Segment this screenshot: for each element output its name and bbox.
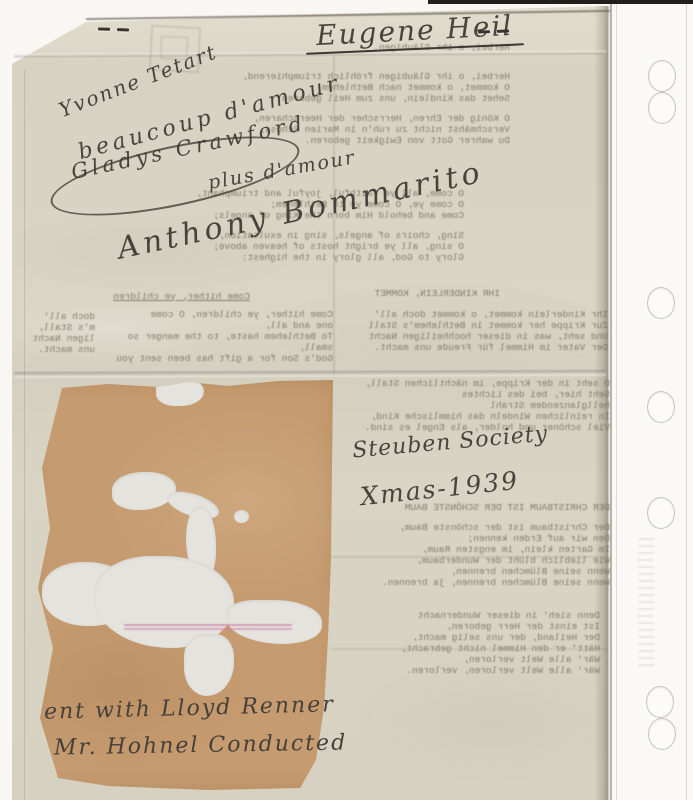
scanned-document-photo: Herbei, o ihr Gläubigen. Herbei, o ihr G… [0, 0, 693, 800]
typed-line: Ist einst der Herr geboren, [350, 621, 600, 632]
pink-pencil-marks [124, 624, 292, 632]
typed-line: uns macht. [33, 344, 95, 355]
typed-line: Wenn seine Blümchen brennen, [338, 566, 610, 577]
scan-edge-shadow [428, 0, 693, 4]
paper-right-edge-line [610, 0, 612, 800]
punch-hole [647, 391, 675, 423]
typed-verse-kinderlein-de: Ihr Kinderlein kommet, o kommet doch all… [340, 309, 608, 353]
punch-hole [647, 497, 675, 529]
torn-patch [112, 472, 176, 510]
typed-line: Wenn seine Blümchen brennen, ja brennen. [338, 577, 610, 588]
typed-line: Und seht, was in dieser hochheiligen Nac… [340, 331, 608, 342]
typed-line: Come hither, ye children [95, 291, 250, 302]
typed-line: Zur Krippe her kommet in Bethlehem's Sta… [340, 320, 608, 331]
paper-right-edge-line-2 [616, 0, 617, 800]
typed-verse-christbaum-2: Denn sieh' in dieser Wundernacht Ist ein… [350, 610, 600, 676]
typed-header-de: IHR KINDERLEIN, KOMMET [355, 288, 500, 299]
punch-hole [648, 718, 676, 750]
typed-line: Herbei, o ihr Gläubigen fröhlich triumph… [190, 71, 510, 82]
typed-line: Der Christbaum ist der schönste Baum, [338, 522, 610, 533]
typed-line: Der Heiland, der uns selig macht, [350, 632, 600, 643]
typed-line: Der Vater im Himmel für Freude uns macht… [340, 342, 608, 353]
typed-line: Wär' alle Welt verloren, verloren. [350, 665, 600, 676]
typed-line: Wär' alle Welt verloren, [350, 654, 600, 665]
typed-verse-kinderlein-en: Come hither, ye children, O come one and… [98, 309, 333, 364]
typed-line: IHR KINDERLEIN, KOMMET [355, 288, 500, 299]
sleeve-maker-stamp [638, 538, 654, 670]
typed-line: Ihr Kinderlein kommet, o kommet doch all… [340, 309, 608, 320]
typed-verse-kinderlein-2: O seht in der Krippe, im nächtlichen Sta… [338, 378, 610, 433]
torn-patch [226, 600, 322, 644]
punch-hole [646, 686, 674, 718]
typed-line: O kommet, o kommet nach Bethlehem! [190, 82, 510, 93]
paper-left-edge [24, 70, 25, 800]
typed-line: Glory to God, all glory in the highest: [182, 252, 464, 263]
sleeve-fold-line [686, 0, 687, 800]
staple [98, 25, 132, 34]
handwriting-hohnel-conducted: Mr. Hohnel Conducted [54, 730, 348, 760]
typed-line: hellglanzendem Strahl [338, 400, 610, 411]
typed-line: In reinlichen Windeln das himmlische Kin… [338, 411, 610, 422]
punch-hole [648, 92, 676, 124]
typed-line: small, [98, 342, 333, 353]
typed-line: Denn sieh' in dieser Wundernacht [350, 610, 600, 621]
torn-patch [184, 634, 234, 696]
typed-line: God's Son for a gift has been sent you [98, 353, 333, 364]
typed-line: Seht hier, bei des Lichtes [338, 389, 610, 400]
torn-patch [234, 510, 249, 523]
torn-kraft-paper [28, 378, 338, 792]
typed-line: one and all, [98, 320, 333, 331]
typed-line: m's Stall, [33, 322, 95, 333]
typed-line: Den wir auf Erden kennen; [338, 533, 610, 544]
typed-fragments-de: doch all' m's Stall, ligen Nacht uns mac… [33, 311, 95, 355]
typed-line: Im Garten klein, im engsten Raum, [338, 544, 610, 555]
typed-line: ligen Nacht [33, 333, 95, 344]
typed-line: Hätt' er den Himmel nicht gebracht, [350, 643, 600, 654]
typed-line: To Bethlehem haste, to the manger so [98, 331, 333, 342]
typed-line: Wie lieblich blüht der Wunderbaum, [338, 555, 610, 566]
typed-line: O seht in der Krippe, im nächtlichen Sta… [338, 378, 610, 389]
typed-line: Come hither, ye children, O come [98, 309, 333, 320]
typed-line: doch all' [33, 311, 95, 322]
typed-verse-christbaum: DER CHRISTBAUM IST DER SCHÖNSTE BAUM Der… [338, 502, 610, 588]
punch-hole [648, 60, 676, 92]
typed-header-en: Come hither, ye children [95, 291, 250, 302]
punch-hole [647, 287, 675, 319]
